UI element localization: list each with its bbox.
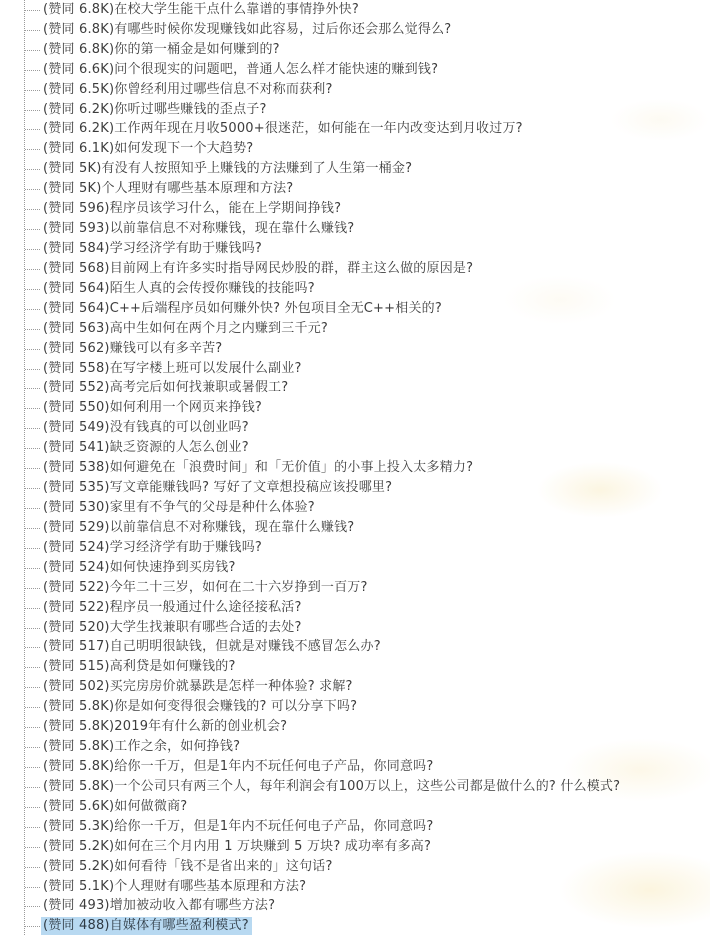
tree-item-label: (赞同 524)学习经济学有助于赚钱吗? <box>41 539 265 557</box>
tree-item[interactable]: (赞同 5.2K)如何在三个月内用 1 万块赚到 5 万块? 成功率有多高? <box>0 837 710 857</box>
tree-branch-connector-icon <box>25 508 40 509</box>
tree-item[interactable]: (赞同 6.8K)有哪些时候你发现赚钱如此容易，过后你还会那么觉得么? <box>0 20 710 40</box>
tree-item-label: (赞同 6.2K)你听过哪些赚钱的歪点子? <box>41 101 270 119</box>
tree-branch-connector-icon <box>25 488 40 489</box>
tree-item[interactable]: (赞同 6.2K)工作两年现在月收5000+很迷茫，如何能在一年内改变达到月收过… <box>0 120 710 140</box>
tree-item-label: (赞同 524)如何快速挣到买房钱? <box>41 559 239 577</box>
tree-branch-connector-icon <box>25 129 40 130</box>
tree-branch-connector-icon <box>25 229 40 230</box>
tree-item-label: (赞同 488)自媒体有哪些盈利模式? <box>41 917 252 935</box>
tree-branch-connector-icon <box>25 50 40 51</box>
tree-item[interactable]: (赞同 502)买完房房价就暴跌是怎样一种体验? 求解? <box>0 677 710 697</box>
tree-branch-connector-icon <box>25 528 40 529</box>
tree-branch-connector-icon <box>25 727 40 728</box>
tree-branch-connector-icon <box>25 90 40 91</box>
tree-item-label: (赞同 6.5K)你曾经利用过哪些信息不对称而获利? <box>41 81 336 99</box>
tree-item[interactable]: (赞同 6.6K)问个很现实的问题吧，普通人怎么样才能快速的赚到钱? <box>0 60 710 80</box>
tree-branch-connector-icon <box>25 687 40 688</box>
tree-item-label: (赞同 535)写文章能赚钱吗? 写好了文章想投稿应该投哪里? <box>41 479 395 497</box>
tree-item-label: (赞同 522)程序员一般通过什么途径接私活? <box>41 599 305 617</box>
tree-item[interactable]: (赞同 552)高考完后如何找兼职或暑假工? <box>0 379 710 399</box>
tree-item[interactable]: (赞同 6.5K)你曾经利用过哪些信息不对称而获利? <box>0 80 710 100</box>
tree-item[interactable]: (赞同 564)C++后端程序员如何赚外快? 外包项目全无C++相关的? <box>0 299 710 319</box>
tree-item[interactable]: (赞同 522)程序员一般通过什么途径接私活? <box>0 598 710 618</box>
tree-item-label: (赞同 563)高中生如何在两个月之内赚到三千元? <box>41 320 331 338</box>
tree-item[interactable]: (赞同 517)自己明明很缺钱，但就是对赚钱不感冒怎么办? <box>0 638 710 658</box>
tree-item[interactable]: (赞同 6.8K)在校大学生能干点什么靠谱的事情挣外快? <box>0 0 710 20</box>
tree-item[interactable]: (赞同 5K)个人理财有哪些基本原理和方法? <box>0 179 710 199</box>
tree-branch-connector-icon <box>25 827 40 828</box>
tree-branch-connector-icon <box>25 847 40 848</box>
tree-item[interactable]: (赞同 5K)有没有人按照知乎上赚钱的方法赚到了人生第一桶金? <box>0 159 710 179</box>
tree-item[interactable]: (赞同 5.2K)如何看待「钱不是省出来的」这句话? <box>0 857 710 877</box>
tree-branch-connector-icon <box>25 887 40 888</box>
tree-item[interactable]: (赞同 5.8K)一个公司只有两三个人，每年利润会有100万以上，这些公司都是做… <box>0 777 710 797</box>
tree-branch-connector-icon <box>25 667 40 668</box>
tree-item[interactable]: (赞同 522)今年二十三岁，如何在二十六岁挣到一百万? <box>0 578 710 598</box>
tree-item-label: (赞同 5.8K)2019年有什么新的创业机会? <box>41 718 290 736</box>
tree-item-label: (赞同 502)买完房房价就暴跌是怎样一种体验? 求解? <box>41 678 356 696</box>
tree-branch-connector-icon <box>25 10 40 11</box>
tree-item[interactable]: (赞同 5.8K)2019年有什么新的创业机会? <box>0 717 710 737</box>
tree-item[interactable]: (赞同 524)如何快速挣到买房钱? <box>0 558 710 578</box>
tree-item-label: (赞同 6.8K)有哪些时候你发现赚钱如此容易，过后你还会那么觉得么? <box>41 21 454 39</box>
question-tree: (赞同 6.8K)在校大学生能干点什么靠谱的事情挣外快?(赞同 6.8K)有哪些… <box>0 0 710 936</box>
tree-item-label: (赞同 515)高利贷是如何赚钱的? <box>41 658 239 676</box>
tree-item-label: (赞同 5.1K)个人理财有哪些基本原理和方法? <box>41 878 309 896</box>
tree-branch-connector-icon <box>25 289 40 290</box>
tree-branch-connector-icon <box>25 906 40 907</box>
tree-item-label: (赞同 541)缺乏资源的人怎么创业? <box>41 439 252 457</box>
tree-branch-connector-icon <box>25 628 40 629</box>
tree-branch-connector-icon <box>25 608 40 609</box>
tree-item-label: (赞同 5.8K)一个公司只有两三个人，每年利润会有100万以上，这些公司都是做… <box>41 778 623 796</box>
tree-item[interactable]: (赞同 5.8K)给你一千万，但是1年内不玩任何电子产品，你同意吗? <box>0 757 710 777</box>
tree-item-label: (赞同 5.8K)给你一千万，但是1年内不玩任何电子产品，你同意吗? <box>41 758 436 776</box>
tree-branch-connector-icon <box>25 329 40 330</box>
tree-item[interactable]: (赞同 5.8K)工作之余，如何挣钱? <box>0 737 710 757</box>
tree-item-label: (赞同 538)如何避免在「浪费时间」和「无价值」的小事上投入太多精力? <box>41 459 476 477</box>
tree-item-label: (赞同 517)自己明明很缺钱，但就是对赚钱不感冒怎么办? <box>41 638 384 656</box>
tree-item-label: (赞同 6.8K)你的第一桶金是如何赚到的? <box>41 41 283 59</box>
tree-item-label: (赞同 584)学习经济学有助于赚钱吗? <box>41 240 265 258</box>
tree-item[interactable]: (赞同 524)学习经济学有助于赚钱吗? <box>0 538 710 558</box>
tree-item-label: (赞同 5K)有没有人按照知乎上赚钱的方法赚到了人生第一桶金? <box>41 160 415 178</box>
tree-item[interactable]: (赞同 5.8K)你是如何变得很会赚钱的? 可以分享下吗? <box>0 697 710 717</box>
tree-item[interactable]: (赞同 6.8K)你的第一桶金是如何赚到的? <box>0 40 710 60</box>
tree-item-label: (赞同 5.6K)如何做微商? <box>41 798 190 816</box>
tree-view-panel: (赞同 6.8K)在校大学生能干点什么靠谱的事情挣外快?(赞同 6.8K)有哪些… <box>0 0 710 936</box>
tree-branch-connector-icon <box>25 747 40 748</box>
tree-item-label: (赞同 596)程序员该学习什么，能在上学期间挣钱? <box>41 200 344 218</box>
tree-branch-connector-icon <box>25 408 40 409</box>
tree-item-label: (赞同 568)目前网上有许多实时指导网民炒股的群，群主这么做的原因是? <box>41 260 476 278</box>
tree-item[interactable]: (赞同 596)程序员该学习什么，能在上学期间挣钱? <box>0 199 710 219</box>
tree-item-label: (赞同 5.8K)你是如何变得很会赚钱的? 可以分享下吗? <box>41 698 360 716</box>
tree-item-label: (赞同 552)高考完后如何找兼职或暑假工? <box>41 379 291 397</box>
tree-item[interactable]: (赞同 563)高中生如何在两个月之内赚到三千元? <box>0 319 710 339</box>
tree-item[interactable]: (赞同 529)以前靠信息不对称赚钱，现在靠什么赚钱? <box>0 518 710 538</box>
tree-item[interactable]: (赞同 515)高利贷是如何赚钱的? <box>0 657 710 677</box>
tree-item-label: (赞同 5.8K)工作之余，如何挣钱? <box>41 738 243 756</box>
tree-branch-connector-icon <box>25 448 40 449</box>
tree-item[interactable]: (赞同 538)如何避免在「浪费时间」和「无价值」的小事上投入太多精力? <box>0 458 710 478</box>
tree-item[interactable]: (赞同 5.6K)如何做微商? <box>0 797 710 817</box>
tree-item-label: (赞同 558)在写字楼上班可以发展什么副业? <box>41 360 305 378</box>
tree-item[interactable]: (赞同 493)增加被动收入都有哪些方法? <box>0 896 710 916</box>
tree-branch-connector-icon <box>25 807 40 808</box>
tree-item[interactable]: (赞同 584)学习经济学有助于赚钱吗? <box>0 239 710 259</box>
tree-item[interactable]: (赞同 550)如何利用一个网页来挣钱? <box>0 398 710 418</box>
tree-item[interactable]: (赞同 541)缺乏资源的人怎么创业? <box>0 438 710 458</box>
tree-branch-connector-icon <box>25 647 40 648</box>
tree-branch-connector-icon <box>25 867 40 868</box>
tree-branch-connector-icon <box>25 110 40 111</box>
tree-branch-connector-icon <box>25 548 40 549</box>
tree-item-label: (赞同 530)家里有不争气的父母是种什么体验? <box>41 499 318 517</box>
tree-item-label: (赞同 6.1K)如何发现下一个大趋势? <box>41 140 256 158</box>
tree-branch-connector-icon <box>25 787 40 788</box>
tree-branch-connector-icon <box>25 707 40 708</box>
tree-item-label: (赞同 529)以前靠信息不对称赚钱，现在靠什么赚钱? <box>41 519 357 537</box>
tree-item-label: (赞同 520)大学生找兼职有哪些合适的去处? <box>41 619 305 637</box>
tree-item-label: (赞同 5.2K)如何看待「钱不是省出来的」这句话? <box>41 858 336 876</box>
tree-item-label: (赞同 549)没有钱真的可以创业吗? <box>41 419 252 437</box>
tree-branch-connector-icon <box>25 468 40 469</box>
tree-item-label: (赞同 6.2K)工作两年现在月收5000+很迷茫，如何能在一年内改变达到月收过… <box>41 120 526 138</box>
tree-branch-connector-icon <box>25 388 40 389</box>
tree-branch-connector-icon <box>25 209 40 210</box>
tree-item[interactable]: (赞同 564)陌生人真的会传授你赚钱的技能吗? <box>0 279 710 299</box>
tree-branch-connector-icon <box>25 369 40 370</box>
tree-item[interactable]: (赞同 593)以前靠信息不对称赚钱，现在靠什么赚钱? <box>0 219 710 239</box>
tree-item-label: (赞同 593)以前靠信息不对称赚钱，现在靠什么赚钱? <box>41 220 357 238</box>
tree-item[interactable]: (赞同 6.2K)你听过哪些赚钱的歪点子? <box>0 100 710 120</box>
tree-item[interactable]: (赞同 488)自媒体有哪些盈利模式? <box>0 916 710 936</box>
tree-branch-connector-icon <box>25 349 40 350</box>
tree-branch-connector-icon <box>25 149 40 150</box>
tree-branch-connector-icon <box>25 189 40 190</box>
tree-item[interactable]: (赞同 5.3K)给你一千万，但是1年内不玩任何电子产品，你同意吗? <box>0 817 710 837</box>
tree-item[interactable]: (赞同 549)没有钱真的可以创业吗? <box>0 418 710 438</box>
tree-item-label: (赞同 564)C++后端程序员如何赚外快? 外包项目全无C++相关的? <box>41 300 445 318</box>
tree-item-label: (赞同 5K)个人理财有哪些基本原理和方法? <box>41 180 296 198</box>
tree-item[interactable]: (赞同 6.1K)如何发现下一个大趋势? <box>0 139 710 159</box>
tree-branch-connector-icon <box>25 588 40 589</box>
tree-branch-connector-icon <box>25 926 40 927</box>
tree-item-label: (赞同 5.3K)给你一千万，但是1年内不玩任何电子产品，你同意吗? <box>41 818 436 836</box>
tree-branch-connector-icon <box>25 249 40 250</box>
tree-item-label: (赞同 562)赚钱可以有多辛苦? <box>41 340 225 358</box>
tree-branch-connector-icon <box>25 30 40 31</box>
tree-item[interactable]: (赞同 562)赚钱可以有多辛苦? <box>0 339 710 359</box>
tree-item[interactable]: (赞同 535)写文章能赚钱吗? 写好了文章想投稿应该投哪里? <box>0 478 710 498</box>
tree-item[interactable]: (赞同 558)在写字楼上班可以发展什么副业? <box>0 359 710 379</box>
tree-item-label: (赞同 5.2K)如何在三个月内用 1 万块赚到 5 万块? 成功率有多高? <box>41 838 434 856</box>
tree-item-label: (赞同 6.8K)在校大学生能干点什么靠谱的事情挣外快? <box>41 1 362 19</box>
tree-branch-connector-icon <box>25 568 40 569</box>
tree-branch-connector-icon <box>25 767 40 768</box>
tree-branch-connector-icon <box>25 169 40 170</box>
tree-item-label: (赞同 493)增加被动收入都有哪些方法? <box>41 897 278 915</box>
tree-item[interactable]: (赞同 520)大学生找兼职有哪些合适的去处? <box>0 618 710 638</box>
tree-branch-connector-icon <box>25 309 40 310</box>
tree-item-label: (赞同 6.6K)问个很现实的问题吧，普通人怎么样才能快速的赚到钱? <box>41 61 441 79</box>
tree-item[interactable]: (赞同 568)目前网上有许多实时指导网民炒股的群，群主这么做的原因是? <box>0 259 710 279</box>
tree-item-label: (赞同 550)如何利用一个网页来挣钱? <box>41 399 265 417</box>
tree-branch-connector-icon <box>25 70 40 71</box>
tree-branch-connector-icon <box>25 269 40 270</box>
tree-branch-connector-icon <box>25 428 40 429</box>
tree-item-label: (赞同 522)今年二十三岁，如何在二十六岁挣到一百万? <box>41 579 371 597</box>
tree-item[interactable]: (赞同 5.1K)个人理财有哪些基本原理和方法? <box>0 877 710 897</box>
tree-item-label: (赞同 564)陌生人真的会传授你赚钱的技能吗? <box>41 280 318 298</box>
tree-item[interactable]: (赞同 530)家里有不争气的父母是种什么体验? <box>0 498 710 518</box>
